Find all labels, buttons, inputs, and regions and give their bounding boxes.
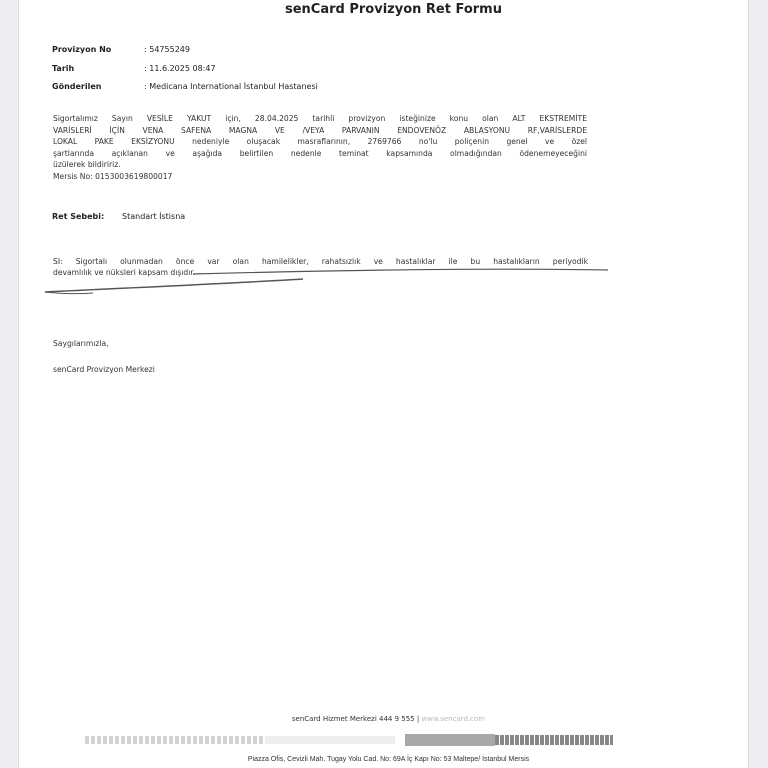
- closing-greeting: Saygılarımızla,: [53, 339, 109, 348]
- field-tarih: Tarih: 11.6.2025 08:47: [52, 64, 216, 73]
- field-value: : 11.6.2025 08:47: [144, 64, 216, 73]
- field-label: Gönderilen: [52, 82, 144, 91]
- ret-sebebi: Ret Sebebi:Standart İstisna: [52, 212, 185, 221]
- field-label: Tarih: [52, 64, 144, 73]
- document-page: senCard Provizyon Ret Formu Provizyon No…: [19, 0, 748, 768]
- ret-sebebi-value: Standart İstisna: [122, 212, 185, 221]
- field-label: Provizyon No: [52, 45, 144, 54]
- body-line: VARİSLERİ İÇİN VENA SAFENA MAGNA VE /VEY…: [53, 125, 587, 137]
- body-line: şartlarında açıklanan ve aşağıda belirti…: [53, 148, 587, 160]
- field-value: : 54755249: [144, 45, 190, 54]
- blurred-footer-strip: [85, 734, 613, 746]
- field-value: : Medicana International İstanbul Hastan…: [144, 82, 318, 91]
- mersis-number: Mersis No: 0153003619800017: [53, 171, 587, 183]
- body-line: üzülerek bildiririz.: [53, 159, 587, 171]
- field-provizyon-no: Provizyon No: 54755249: [52, 45, 190, 54]
- signature: senCard Provizyon Merkezi: [53, 365, 155, 374]
- ret-sebebi-label: Ret Sebebi:: [52, 212, 122, 221]
- body-line: Sigortalımız Sayın VESİLE YAKUT için, 28…: [53, 113, 587, 125]
- footer-website: www.sencard.com: [421, 715, 485, 723]
- field-gonderilen: Gönderilen: Medicana International İstan…: [52, 82, 318, 91]
- pen-underline-annotation: [43, 262, 623, 302]
- footer-phone: senCard Hizmet Merkezi 444 9 555 |: [292, 715, 419, 723]
- document-title: senCard Provizyon Ret Formu: [19, 2, 748, 17]
- body-line: LOKAL PAKE EKSİZYONU nedeniyle oluşacak …: [53, 136, 587, 148]
- footer-service-line: senCard Hizmet Merkezi 444 9 555 | www.s…: [19, 715, 748, 723]
- footer-address: Piazza Ofis, Cevizli Mah. Tugay Yolu Cad…: [19, 756, 748, 763]
- body-paragraph: Sigortalımız Sayın VESİLE YAKUT için, 28…: [53, 113, 587, 182]
